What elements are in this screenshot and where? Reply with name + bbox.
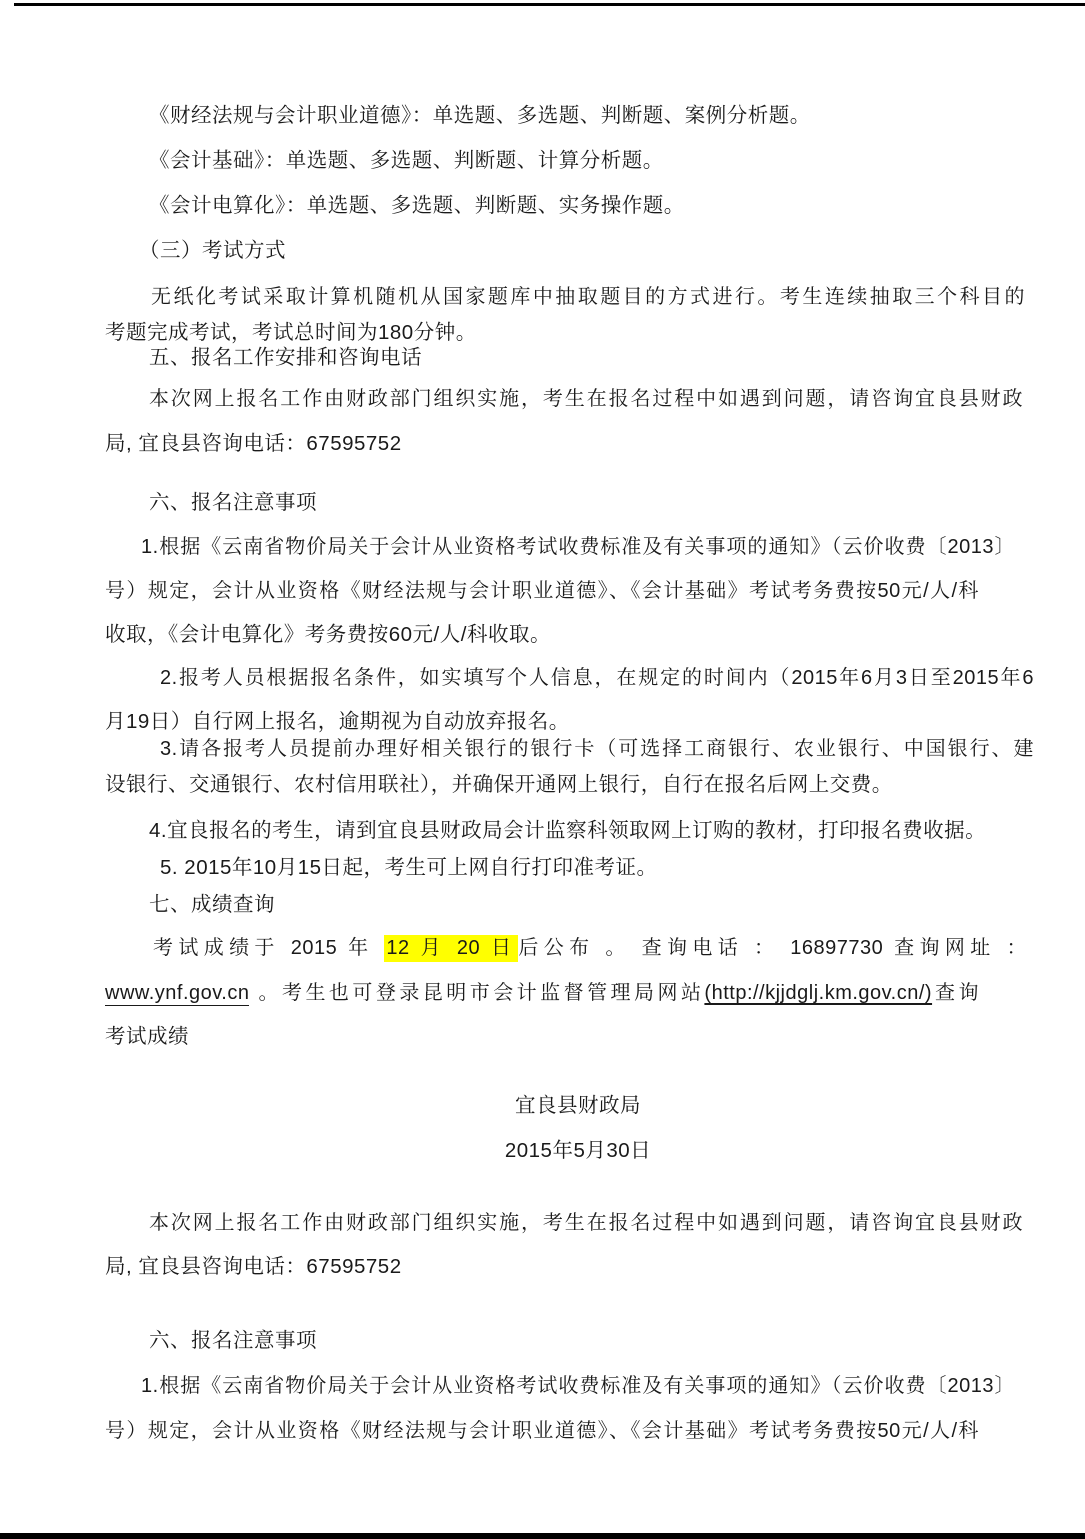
heading-section-6-notes: 六、报名注意事项	[105, 488, 1023, 518]
note-5-line: 5. 2015年10月15日起，考生可上网自行打印准考证。	[105, 853, 1034, 883]
document-page: 《财经法规与会计职业道德》：单选题、多选题、判断题、案例分析题。 《会计基础》：…	[0, 0, 1085, 1539]
note-1-line-1: 1.根据《云南省物价局关于会计从业资格考试收费标准及有关事项的通知》（云价收费〔…	[105, 532, 1015, 564]
note-2-line-2: 月19日）自行网上报名，逾期视为自动放弃报名。	[105, 707, 979, 737]
score-query-line-3: 考试成绩	[105, 1022, 979, 1052]
heading-exam-method: （三）考试方式	[105, 236, 1013, 266]
contact-paragraph-line-2-phone: 局, 宜良县咨询电话：67595752	[105, 429, 979, 459]
score-date-highlight: 12 月 20 日	[384, 935, 518, 962]
score-query-line-1: 考试成绩于 2015 年 12 月 20 日后公布 。 查询电话 ： 16897…	[105, 933, 1027, 963]
subject-types-law-ethics: 《财经法规与会计职业道德》：单选题、多选题、判断题、案例分析题。	[105, 101, 1023, 131]
link-line-mid: 。考生也可登录昆明市会计监督管理局网站	[259, 982, 705, 1004]
score-line-tail: 查询网址 ：	[894, 937, 1027, 959]
link-line-tail: 查询	[932, 982, 979, 1004]
score-query-line-2: www.ynf.gov.cn 。考生也可登录昆明市会计监督管理局网站(http:…	[105, 978, 979, 1008]
score-line-mid: 后公布 。 查询电话 ： 16897730	[518, 937, 883, 959]
kunming-bureau-url-link[interactable]: (http://kjjdglj.km.gov.cn/)	[704, 982, 932, 1004]
note-1-repeat-line-2: 号）规定，会计从业资格《财经法规与会计职业道德》、《会计基础》考试考务费按50元…	[105, 1416, 979, 1446]
scan-edge-top	[14, 3, 1085, 6]
heading-section-5-registration-contact: 五、报名工作安排和咨询电话	[105, 343, 1023, 373]
note-3-line-2: 设银行、交通银行、农村信用联社），并确保开通网上银行，自行在报名后网上交费。	[105, 770, 979, 800]
subject-types-accounting-basics: 《会计基础》：单选题、多选题、判断题、计算分析题。	[105, 146, 1023, 176]
note-4-line: 4.宜良报名的考生，请到宜良县财政局会计监察科领取网上订购的教材，打印报名费收据…	[105, 816, 1023, 846]
heading-section-7-score-query: 七、成绩查询	[105, 890, 1023, 920]
note-2-line-1: 2.报考人员根据报名条件，如实填写个人信息，在规定的时间内（2015年6月3日至…	[105, 663, 1034, 693]
note-1-repeat-line-1: 1.根据《云南省物价局关于会计从业资格考试收费标准及有关事项的通知》（云价收费〔…	[105, 1371, 1015, 1403]
exam-method-line-1: 无纸化考试采取计算机随机从国家题库中抽取题目的方式进行。考生连续抽取三个科目的	[105, 282, 1025, 312]
score-query-url-link[interactable]: www.ynf.gov.cn	[105, 982, 249, 1008]
heading-section-6-notes-repeat: 六、报名注意事项	[105, 1326, 1023, 1356]
signature-date: 2015年5月30日	[105, 1136, 1015, 1166]
score-line-prefix: 考试成绩于 2015 年	[153, 937, 373, 959]
contact-paragraph-repeat-line-1: 本次网上报名工作由财政部门组织实施，考生在报名过程中如遇到问题，请咨询宜良县财政	[105, 1208, 1023, 1238]
contact-paragraph-repeat-line-2-phone: 局, 宜良县咨询电话：67595752	[105, 1252, 979, 1282]
note-3-line-1: 3.请各报考人员提前办理好相关银行的银行卡（可选择工商银行、农业银行、中国银行、…	[105, 734, 1034, 764]
signature-organization: 宜良县财政局	[105, 1091, 1015, 1121]
subject-types-computerized-accounting: 《会计电算化》：单选题、多选题、判断题、实务操作题。	[105, 191, 1023, 221]
note-1-line-3: 收取，《会计电算化》考务费按60元/人/科收取。	[105, 620, 979, 650]
scan-edge-bottom	[0, 1533, 1085, 1539]
note-1-line-2: 号）规定，会计从业资格《财经法规与会计职业道德》、《会计基础》考试考务费按50元…	[105, 576, 979, 606]
contact-paragraph-line-1: 本次网上报名工作由财政部门组织实施，考生在报名过程中如遇到问题，请咨询宜良县财政	[105, 384, 1023, 414]
